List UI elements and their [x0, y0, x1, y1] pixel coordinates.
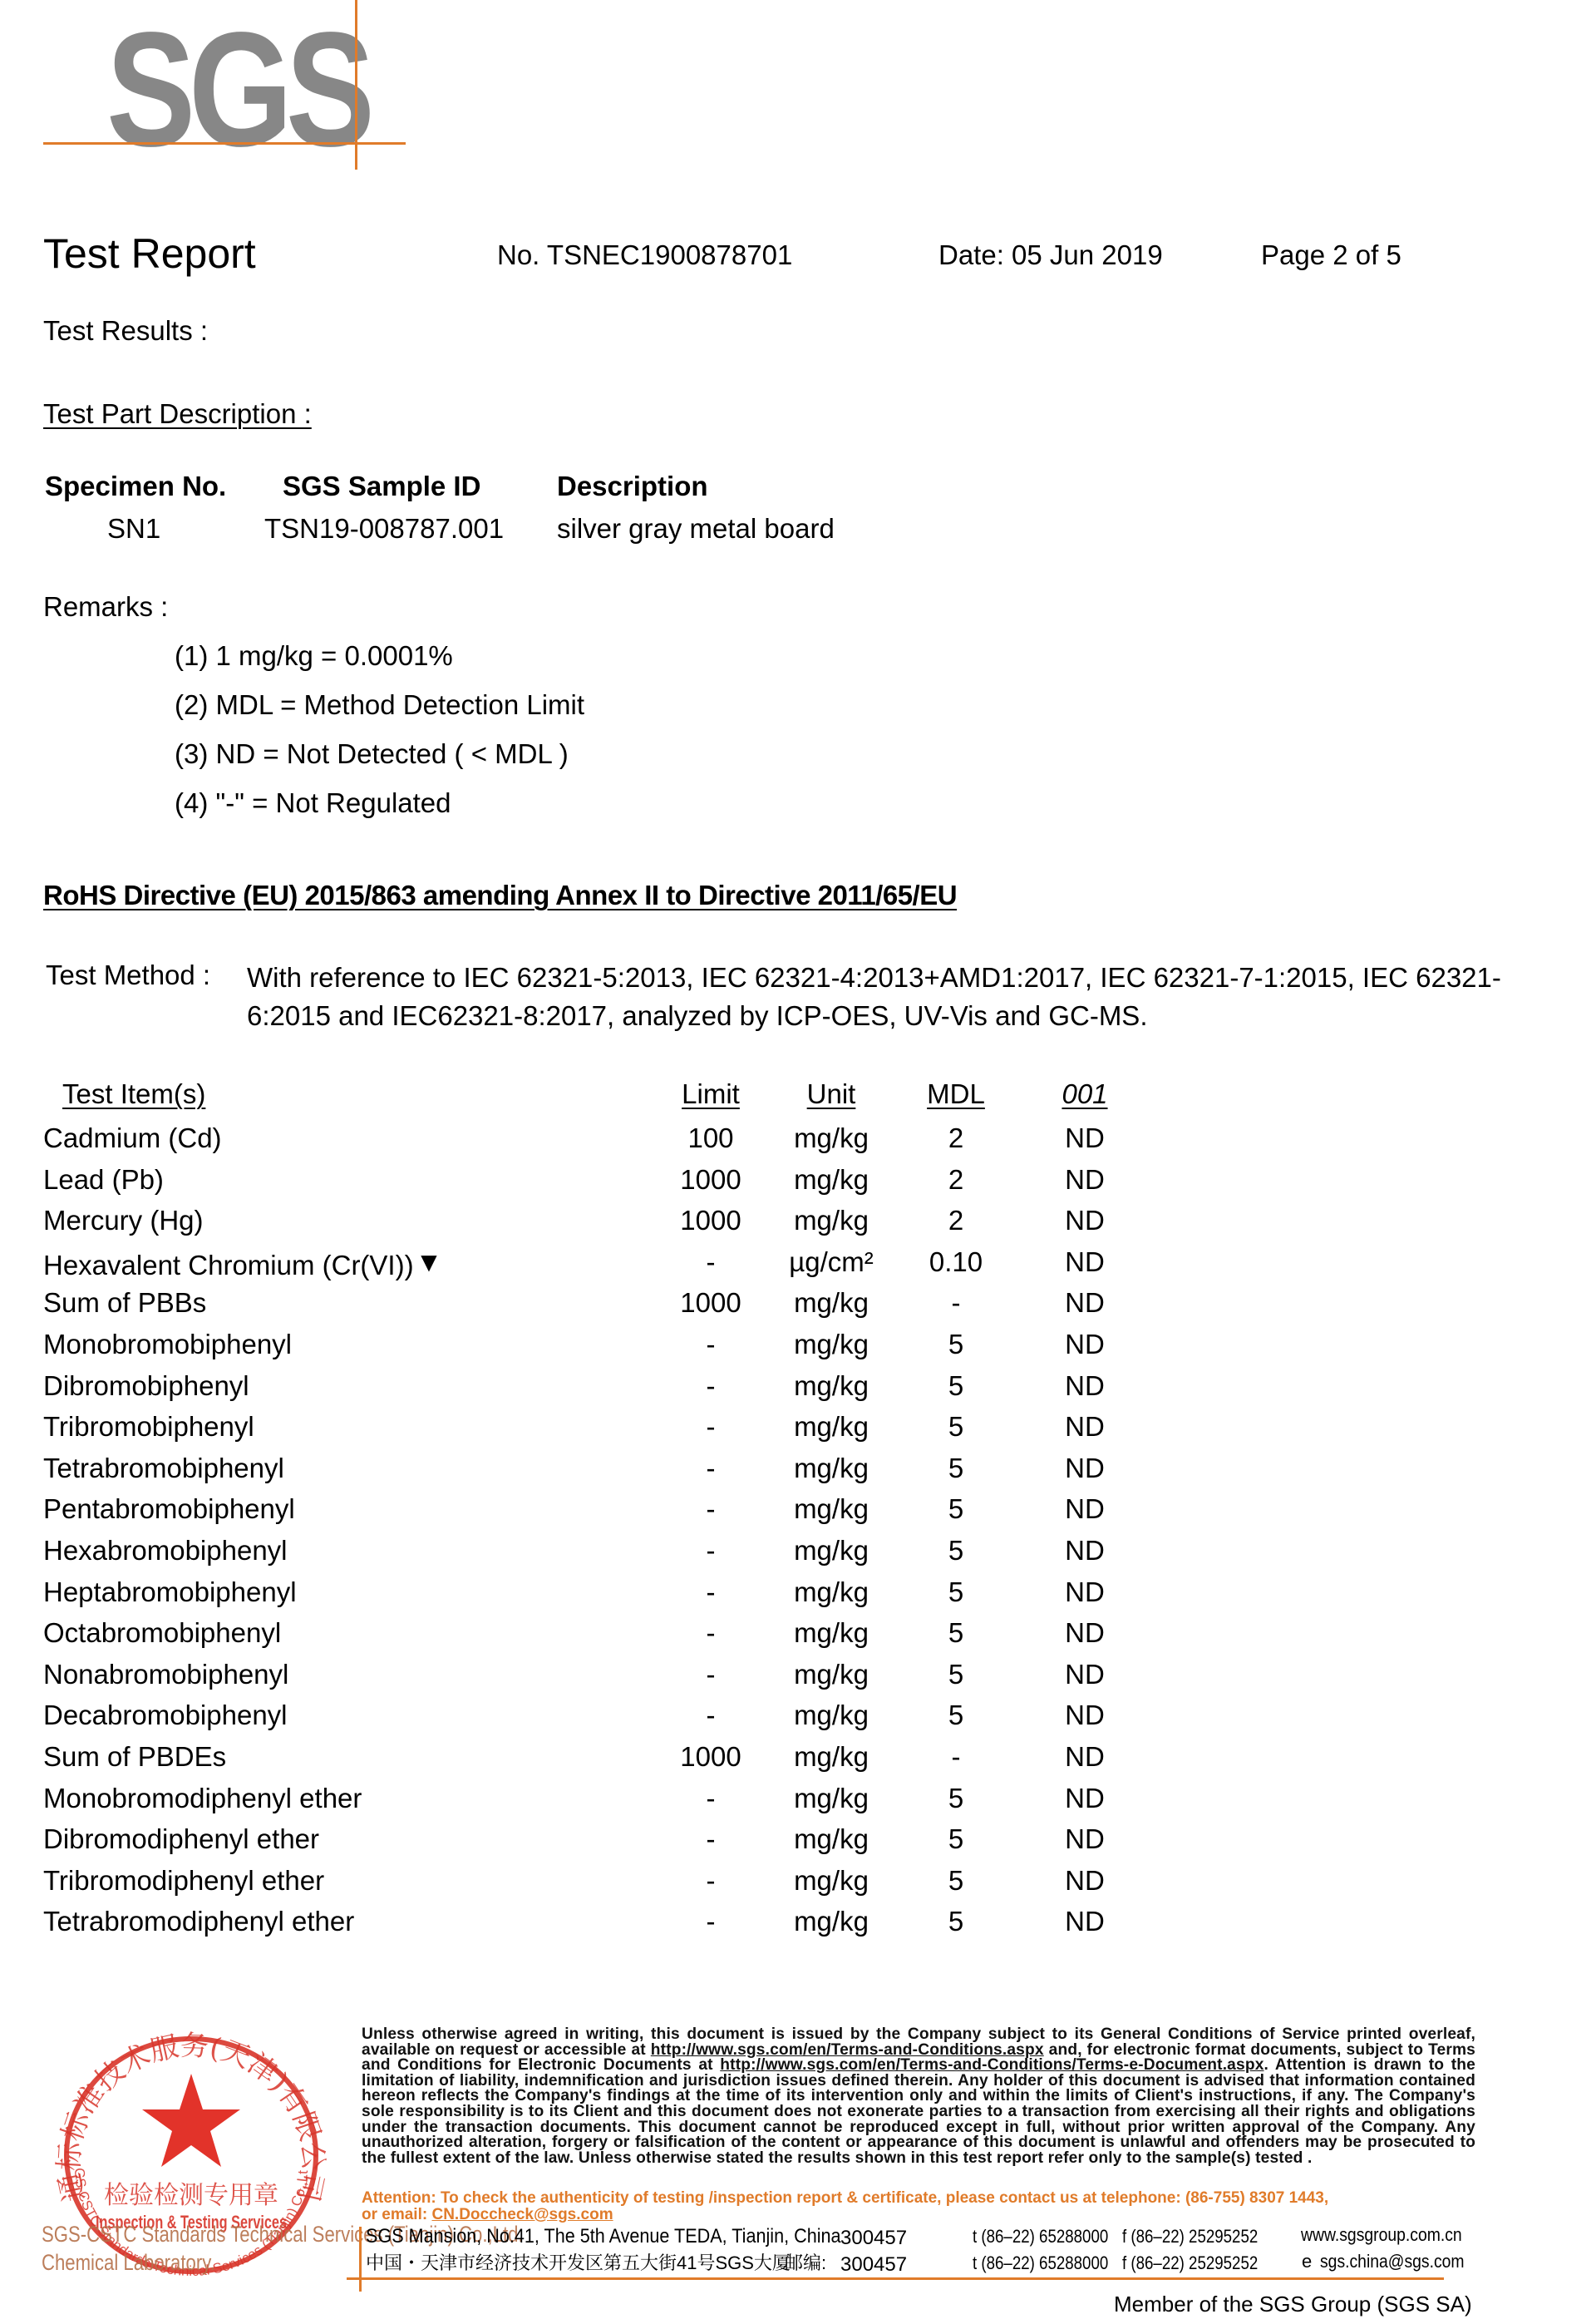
- test-item-name: Sum of PBDEs: [43, 1738, 226, 1776]
- authenticity-notice: Attention: To check the authenticity of …: [362, 2190, 1475, 2223]
- limit-value: -: [648, 1655, 773, 1694]
- mdl-value: 5: [881, 1408, 1031, 1446]
- table-row: Dibromobiphenyl-mg/kg5ND: [0, 1367, 1596, 1405]
- website-link[interactable]: www.sgsgroup.com.cn: [1301, 2223, 1462, 2247]
- star-icon: [142, 2074, 240, 2167]
- unit-value: mg/kg: [769, 1902, 894, 1941]
- result-value: ND: [1022, 1490, 1147, 1528]
- lab-department: Chemical Laboratory.: [42, 2250, 215, 2276]
- unit-value: mg/kg: [769, 1862, 894, 1900]
- mdl-value: 5: [881, 1862, 1031, 1900]
- footnote-marker-icon: ▼: [416, 1246, 443, 1277]
- description-header: Description: [557, 470, 708, 503]
- test-item-name: Heptabromobiphenyl: [43, 1573, 297, 1611]
- email-prefix: or email:: [362, 2206, 431, 2223]
- results-table-header: Test Item(s) Limit Unit MDL 001: [0, 1075, 1596, 1113]
- authenticity-text: Attention: To check the authenticity of …: [362, 2190, 1475, 2207]
- table-row: Monobromobiphenyl-mg/kg5ND: [0, 1325, 1596, 1364]
- address-chinese: 中国・天津市经济技术开发区第五大街41号SGS大厦: [366, 2251, 791, 2276]
- fax-1: f (86–22) 25295252: [1122, 2224, 1258, 2249]
- unit-value: mg/kg: [769, 1655, 894, 1694]
- page-indicator: Page 2 of 5: [1261, 239, 1401, 272]
- mdl-value: 5: [881, 1696, 1031, 1734]
- table-row: Monobromodiphenyl ether-mg/kg5ND: [0, 1779, 1596, 1818]
- result-value: ND: [1022, 1325, 1147, 1364]
- mdl-value: 5: [881, 1490, 1031, 1528]
- mdl-value: 2: [881, 1161, 1031, 1199]
- test-item-name: Mercury (Hg): [43, 1201, 204, 1240]
- table-row: Tribromodiphenyl ether-mg/kg5ND: [0, 1862, 1596, 1900]
- mdl-value: 5: [881, 1573, 1031, 1611]
- limit-value: -: [648, 1490, 773, 1528]
- limit-value: -: [648, 1779, 773, 1818]
- test-item-name: Cadmium (Cd): [43, 1119, 222, 1157]
- email-label: e: [1302, 2249, 1312, 2274]
- report-date: Date: 05 Jun 2019: [938, 239, 1163, 272]
- unit-value: mg/kg: [769, 1573, 894, 1611]
- remarks-label: Remarks :: [43, 590, 168, 624]
- postcode-english: 300457: [840, 2226, 907, 2251]
- unit-value: mg/kg: [769, 1325, 894, 1364]
- table-row: Hexabromobiphenyl-mg/kg5ND: [0, 1532, 1596, 1570]
- report-number: No. TSNEC1900878701: [497, 239, 792, 272]
- unit-value: mg/kg: [769, 1696, 894, 1734]
- test-item-name: Tribromodiphenyl ether: [43, 1862, 324, 1900]
- column-header-test-items: Test Item(s): [62, 1075, 205, 1113]
- unit-value: mg/kg: [769, 1161, 894, 1199]
- table-row: Tetrabromodiphenyl ether-mg/kg5ND: [0, 1902, 1596, 1941]
- mdl-value: 5: [881, 1367, 1031, 1405]
- remark-item: (4) "-" = Not Regulated: [175, 787, 451, 820]
- limit-value: -: [648, 1532, 773, 1570]
- unit-value: mg/kg: [769, 1738, 894, 1776]
- mdl-value: 5: [881, 1820, 1031, 1858]
- limit-value: -: [648, 1820, 773, 1858]
- column-header-mdl: MDL: [881, 1075, 1031, 1113]
- result-value: ND: [1022, 1738, 1147, 1776]
- mdl-value: 2: [881, 1119, 1031, 1157]
- table-row: Sum of PBDEs1000mg/kg-ND: [0, 1738, 1596, 1776]
- column-header-unit: Unit: [769, 1075, 894, 1113]
- result-value: ND: [1022, 1614, 1147, 1652]
- limit-value: 100: [648, 1119, 773, 1157]
- result-value: ND: [1022, 1779, 1147, 1818]
- limit-value: -: [648, 1573, 773, 1611]
- limit-value: 1000: [648, 1201, 773, 1240]
- unit-value: mg/kg: [769, 1119, 894, 1157]
- limit-value: 1000: [648, 1161, 773, 1199]
- doccheck-email-link[interactable]: CN.Doccheck@sgs.com: [431, 2206, 613, 2223]
- address-english: SGS Mansion, No.41, The 5th Avenue TEDA,…: [366, 2224, 841, 2249]
- result-value: ND: [1022, 1201, 1147, 1240]
- test-item-name: Decabromobiphenyl: [43, 1696, 288, 1734]
- postcode-chinese: 300457: [840, 2252, 907, 2277]
- unit-value: mg/kg: [769, 1779, 894, 1818]
- test-item-name: Pentabromobiphenyl: [43, 1490, 295, 1528]
- phone-1: t (86–22) 65288000: [973, 2224, 1108, 2249]
- mdl-value: 5: [881, 1902, 1031, 1941]
- table-row: Lead (Pb)1000mg/kg2ND: [0, 1161, 1596, 1199]
- unit-value: mg/kg: [769, 1408, 894, 1446]
- logo-horizontal-rule: [43, 142, 406, 145]
- table-row: Mercury (Hg)1000mg/kg2ND: [0, 1201, 1596, 1240]
- table-row: Octabromobiphenyl-mg/kg5ND: [0, 1614, 1596, 1652]
- table-row: Hexavalent Chromium (Cr(VI))▼-µg/cm²0.10…: [0, 1243, 1596, 1281]
- result-value: ND: [1022, 1862, 1147, 1900]
- test-item-name: Monobromobiphenyl: [43, 1325, 292, 1364]
- column-header-sample-001: 001: [1022, 1075, 1147, 1113]
- test-item-name: Dibromodiphenyl ether: [43, 1820, 319, 1858]
- footer-horizontal-rule: [347, 2277, 1444, 2280]
- mdl-value: 5: [881, 1655, 1031, 1694]
- remark-item: (3) ND = Not Detected ( < MDL ): [175, 738, 569, 771]
- mdl-value: -: [881, 1738, 1031, 1776]
- test-part-description-heading: Test Part Description :: [43, 397, 312, 431]
- limit-value: -: [648, 1696, 773, 1734]
- unit-value: µg/cm²: [769, 1243, 894, 1281]
- result-value: ND: [1022, 1408, 1147, 1446]
- test-method-label: Test Method :: [46, 959, 210, 992]
- table-row: Sum of PBBs1000mg/kg-ND: [0, 1284, 1596, 1322]
- limit-value: -: [648, 1449, 773, 1488]
- unit-value: mg/kg: [769, 1820, 894, 1858]
- limit-value: -: [648, 1862, 773, 1900]
- test-method-text: With reference to IEC 62321-5:2013, IEC …: [247, 959, 1510, 1035]
- result-value: ND: [1022, 1449, 1147, 1488]
- limit-value: -: [648, 1902, 773, 1941]
- test-item-name: Lead (Pb): [43, 1161, 164, 1199]
- limit-value: -: [648, 1408, 773, 1446]
- sample-id-header: SGS Sample ID: [283, 470, 480, 503]
- svg-text:检验检测专用章: 检验检测专用章: [104, 2181, 278, 2210]
- test-results-label: Test Results :: [43, 314, 208, 348]
- specimen-description: silver gray metal board: [557, 512, 835, 545]
- unit-value: mg/kg: [769, 1490, 894, 1528]
- logo-text: SGS: [106, 8, 368, 171]
- mdl-value: 2: [881, 1201, 1031, 1240]
- remark-item: (1) 1 mg/kg = 0.0001%: [175, 639, 453, 673]
- test-item-name: Hexabromobiphenyl: [43, 1532, 288, 1570]
- unit-value: mg/kg: [769, 1367, 894, 1405]
- mdl-value: 5: [881, 1449, 1031, 1488]
- limit-value: -: [648, 1325, 773, 1364]
- contact-email-link[interactable]: sgs.china@sgs.com: [1320, 2249, 1465, 2274]
- sample-id: TSN19-008787.001: [264, 512, 504, 545]
- result-value: ND: [1022, 1820, 1147, 1858]
- unit-value: mg/kg: [769, 1449, 894, 1488]
- postcode-label-chinese: 邮编:: [785, 2251, 826, 2276]
- result-value: ND: [1022, 1367, 1147, 1405]
- limit-value: 1000: [648, 1284, 773, 1322]
- table-row: Nonabromobiphenyl-mg/kg5ND: [0, 1655, 1596, 1694]
- test-item-name: Nonabromobiphenyl: [43, 1655, 288, 1694]
- result-value: ND: [1022, 1532, 1147, 1570]
- test-item-name: Sum of PBBs: [43, 1284, 206, 1322]
- member-statement: Member of the SGS Group (SGS SA): [1114, 2292, 1472, 2317]
- result-value: ND: [1022, 1243, 1147, 1281]
- specimen-no: SN1: [107, 512, 160, 545]
- remark-item: (2) MDL = Method Detection Limit: [175, 688, 584, 722]
- result-value: ND: [1022, 1284, 1147, 1322]
- table-row: Cadmium (Cd)100mg/kg2ND: [0, 1119, 1596, 1157]
- footer-vertical-rule: [359, 2227, 362, 2292]
- fax-2: f (86–22) 25295252: [1122, 2251, 1258, 2276]
- result-value: ND: [1022, 1696, 1147, 1734]
- mdl-value: 5: [881, 1325, 1031, 1364]
- specimen-no-header: Specimen No.: [45, 470, 226, 503]
- mdl-value: 5: [881, 1779, 1031, 1818]
- limit-value: 1000: [648, 1738, 773, 1776]
- column-header-limit: Limit: [648, 1075, 773, 1113]
- directive-title: RoHS Directive (EU) 2015/863 amending An…: [43, 879, 957, 912]
- table-row: Decabromobiphenyl-mg/kg5ND: [0, 1696, 1596, 1734]
- unit-value: mg/kg: [769, 1201, 894, 1240]
- test-item-name: Tribromobiphenyl: [43, 1408, 254, 1446]
- limit-value: -: [648, 1614, 773, 1652]
- unit-value: mg/kg: [769, 1532, 894, 1570]
- test-item-name: Monobromodiphenyl ether: [43, 1779, 362, 1818]
- table-row: Pentabromobiphenyl-mg/kg5ND: [0, 1490, 1596, 1528]
- report-title: Test Report: [43, 229, 256, 278]
- unit-value: mg/kg: [769, 1614, 894, 1652]
- test-item-name: Octabromobiphenyl: [43, 1614, 281, 1652]
- table-row: Dibromodiphenyl ether-mg/kg5ND: [0, 1820, 1596, 1858]
- limit-value: -: [648, 1243, 773, 1281]
- mdl-value: -: [881, 1284, 1031, 1322]
- mdl-value: 5: [881, 1532, 1031, 1570]
- logo-vertical-rule: [355, 0, 357, 170]
- result-value: ND: [1022, 1902, 1147, 1941]
- mdl-value: 0.10: [881, 1243, 1031, 1281]
- table-row: Heptabromobiphenyl-mg/kg5ND: [0, 1573, 1596, 1611]
- result-value: ND: [1022, 1573, 1147, 1611]
- table-row: Tribromobiphenyl-mg/kg5ND: [0, 1408, 1596, 1446]
- test-item-name: Hexavalent Chromium (Cr(VI))▼: [43, 1243, 442, 1285]
- test-item-name: Dibromobiphenyl: [43, 1367, 249, 1405]
- result-value: ND: [1022, 1119, 1147, 1157]
- table-row: Tetrabromobiphenyl-mg/kg5ND: [0, 1449, 1596, 1488]
- legal-disclaimer: Unless otherwise agreed in writing, this…: [362, 2027, 1475, 2166]
- legal-text: . Attention is drawn to the limitation o…: [362, 2056, 1475, 2167]
- result-value: ND: [1022, 1655, 1147, 1694]
- phone-2: t (86–22) 65288000: [973, 2251, 1108, 2276]
- test-item-name: Tetrabromobiphenyl: [43, 1449, 284, 1488]
- result-value: ND: [1022, 1161, 1147, 1199]
- unit-value: mg/kg: [769, 1284, 894, 1322]
- test-item-name: Tetrabromodiphenyl ether: [43, 1902, 354, 1941]
- limit-value: -: [648, 1367, 773, 1405]
- mdl-value: 5: [881, 1614, 1031, 1652]
